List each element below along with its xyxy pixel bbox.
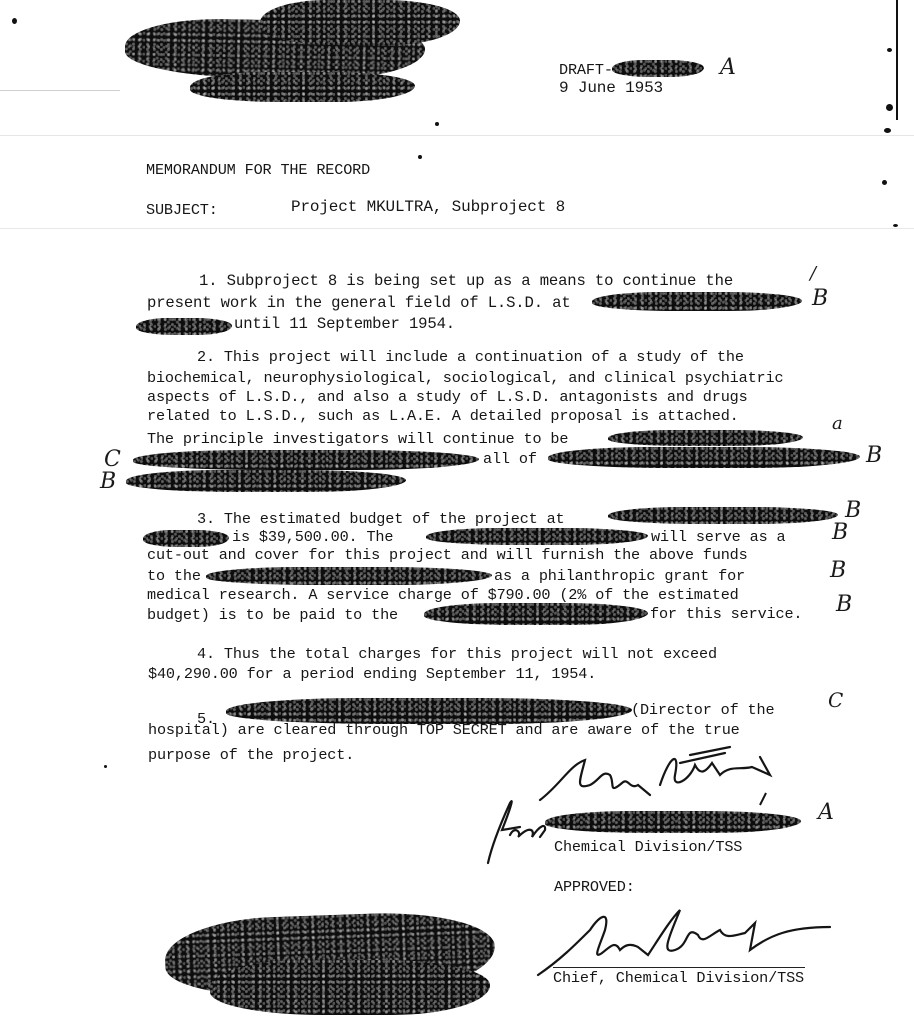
- page-edge: [896, 0, 898, 120]
- p1-line: present work in the general field of L.S…: [147, 294, 571, 313]
- marginal-note-b: B: [836, 592, 852, 617]
- marginal-note-b: B: [100, 469, 116, 494]
- p2-line: biochemical, neurophysiological, sociolo…: [147, 369, 783, 388]
- p3-line: as a philanthropic grant for: [494, 567, 745, 586]
- redaction-p2: [133, 450, 479, 470]
- marginal-tick: /: [810, 263, 816, 284]
- subject-value: Project MKULTRA, Subproject 8: [291, 198, 565, 217]
- p5-line: hospital) are cleared through TOP SECRET…: [148, 721, 740, 740]
- p3-line: cut-out and cover for this project and w…: [147, 546, 748, 565]
- p3-line: is $39,500.00. The: [232, 528, 393, 547]
- redaction-p3: [206, 567, 492, 585]
- redaction-p2: [548, 447, 860, 468]
- scan-speck: [882, 180, 887, 185]
- p3-line: to the: [147, 567, 201, 586]
- division-line: Chemical Division/TSS: [554, 838, 742, 857]
- p2-line: related to L.S.D., such as L.A.E. A deta…: [147, 407, 739, 426]
- scan-speck: [884, 128, 891, 133]
- marginal-note-b: B: [866, 443, 882, 468]
- draft-label: DRAFT-: [559, 61, 613, 80]
- redaction-p1: [592, 292, 802, 311]
- marginal-note-b: B: [832, 520, 848, 545]
- memo-title: MEMORANDUM FOR THE RECORD: [146, 161, 370, 180]
- p1-line: 1. Subproject 8 is being set up as a mea…: [199, 272, 733, 291]
- chief-line: Chief, Chemical Division/TSS: [553, 969, 804, 988]
- p3-line: medical research. A service charge of $7…: [147, 586, 739, 605]
- marginal-note-a: A: [720, 55, 736, 80]
- marginal-note-b: B: [812, 286, 828, 311]
- p5-line: (Director of the: [631, 701, 774, 720]
- redaction-signatory-name: [545, 811, 801, 833]
- p3-line: budget) is to be paid to the: [147, 606, 398, 625]
- p2-line: 2. This project will include a continuat…: [197, 348, 744, 367]
- memo-date: 9 June 1953: [559, 79, 663, 98]
- redaction-p3: [143, 530, 229, 547]
- for-handwritten-icon: [480, 795, 550, 865]
- p3-line: will serve as a: [651, 528, 785, 547]
- redaction-header-block: [190, 72, 415, 102]
- marginal-note-a: a: [832, 413, 843, 434]
- redaction-p2: [608, 430, 803, 446]
- redaction-p2: [126, 470, 406, 492]
- marginal-note-b: B: [830, 558, 846, 583]
- scan-speck: [887, 48, 892, 52]
- scan-speck: [418, 155, 422, 159]
- redaction-draft-number: [612, 60, 704, 77]
- p3-line: for this service.: [650, 605, 802, 624]
- p4-line: $40,290.00 for a period ending September…: [148, 665, 596, 684]
- scan-speck: [886, 104, 893, 111]
- subject-label: SUBJECT:: [146, 201, 218, 220]
- redaction-p1: [136, 318, 232, 335]
- p2-line: aspects of L.S.D., and also a study of L…: [147, 388, 748, 407]
- redaction-header-block: [260, 0, 460, 45]
- redaction-p3: [426, 528, 648, 545]
- p5-line: purpose of the project.: [148, 746, 354, 765]
- redaction-p3: [424, 603, 648, 625]
- redaction-p3: [608, 507, 838, 524]
- scan-artifact: [0, 135, 914, 136]
- marginal-note-c: C: [828, 688, 843, 712]
- p2-line: The principle investigators will continu…: [147, 430, 568, 449]
- p2-line: all of: [483, 450, 537, 469]
- scan-artifact: [0, 90, 120, 91]
- p4-line: 4. Thus the total charges for this proje…: [197, 645, 717, 664]
- signature-scrawl: [530, 745, 790, 810]
- p1-line: until 11 September 1954.: [234, 315, 455, 334]
- scan-speck: [104, 765, 107, 768]
- redaction-footer-block: [210, 960, 490, 1015]
- signature-rule: [553, 967, 805, 968]
- scan-speck: [435, 122, 439, 126]
- approved-label: APPROVED:: [554, 878, 635, 897]
- marginal-note-a: A: [818, 800, 834, 825]
- scan-artifact: [0, 228, 914, 229]
- p3-line: 3. The estimated budget of the project a…: [197, 510, 565, 529]
- scan-speck: [893, 224, 898, 227]
- scan-speck: [12, 18, 17, 24]
